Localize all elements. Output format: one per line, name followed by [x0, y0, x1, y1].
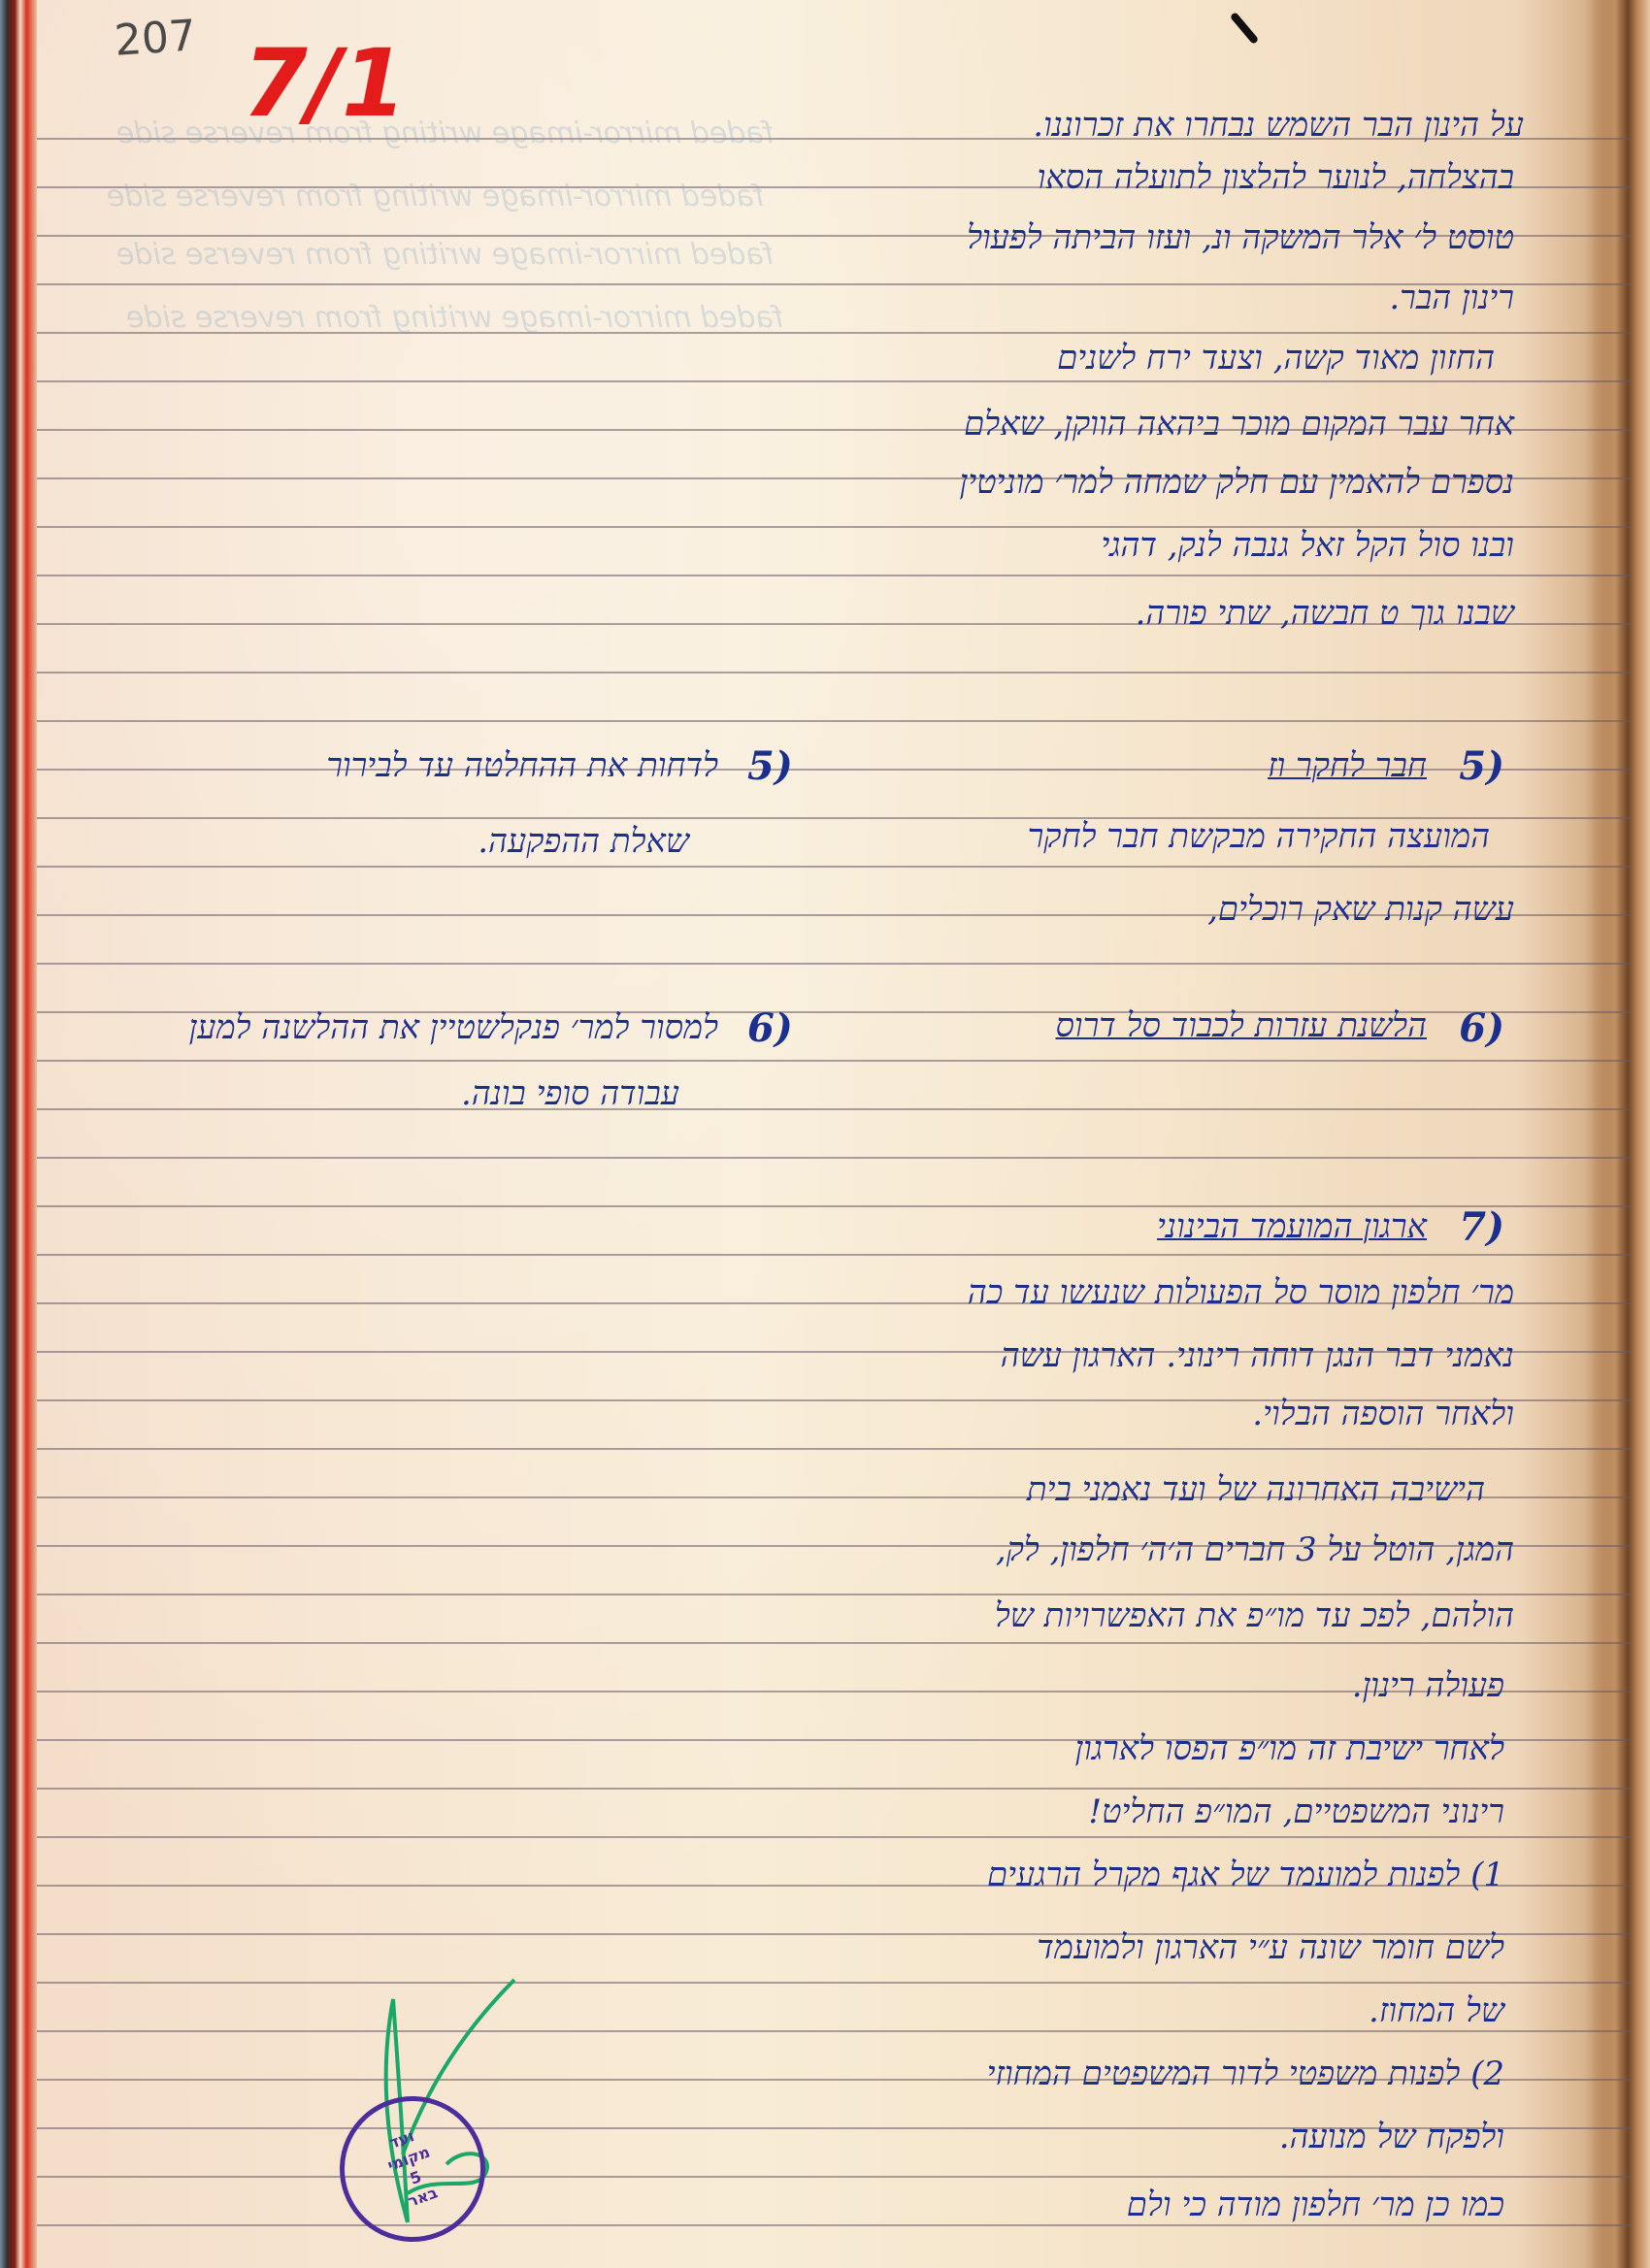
- handwritten-line: נאמני דבר הנגן דוחה רינוני. הארגון עשה: [1001, 1339, 1514, 1372]
- handwritten-line: רינון הבר.: [1389, 281, 1514, 314]
- handwritten-line: הולהם, לפכ עד מו״פ את האפשרויות של: [995, 1599, 1514, 1632]
- ruled-line: [37, 720, 1631, 722]
- handwritten-line: שבנו גוך ט חבשה, שתי פורה.: [1136, 597, 1514, 630]
- handwritten-line: כמו כן מר׳ חלפון מודה כי ולם: [1127, 2188, 1504, 2221]
- ruled-line: [37, 1060, 1631, 1062]
- ruled-line: [37, 1448, 1631, 1450]
- item-number: 7): [1459, 1208, 1504, 1247]
- ruled-line: [37, 2176, 1631, 2178]
- handwritten-line: בהצלחה, לנוער להלצון לתועלה הסאו: [1038, 161, 1514, 194]
- handwritten-line: פעולה רינון.: [1352, 1669, 1504, 1702]
- ruled-line: [37, 575, 1631, 576]
- bleed-through-text: faded mirror-image writing from reverse …: [116, 116, 774, 150]
- item-heading: הלשנת עזרות לכבוד סל דרוס: [1056, 1009, 1427, 1042]
- handwritten-line: טוסט ל׳ אלר המשקה ונ, ועזו הביתה לפעול: [967, 221, 1514, 254]
- ruled-line: [37, 2224, 1631, 2226]
- ruled-line: [37, 1836, 1631, 1838]
- bleed-through-text: faded mirror-image writing from reverse …: [107, 180, 764, 214]
- pencil-page-number: 207: [113, 11, 197, 66]
- handwritten-line: לשם חומר שונה ע״י הארגון ולמועמד: [1037, 1931, 1504, 1964]
- handwritten-line: עשה קנות שאק רוכלים,: [1207, 893, 1514, 926]
- ruled-line: [37, 866, 1631, 868]
- red-folio-mark: 7/1: [243, 29, 407, 138]
- handwritten-line: לדחות את ההחלטה עד לבירור: [326, 749, 718, 782]
- handwritten-line: ולאחר הוספה הבלוי.: [1252, 1397, 1514, 1430]
- handwritten-line: של המחוז.: [1369, 1994, 1504, 2027]
- ink-stroke-mark: [1230, 12, 1260, 45]
- ruled-line: [37, 1108, 1631, 1110]
- bleed-through-text: faded mirror-image writing from reverse …: [116, 238, 774, 272]
- item-number: 5): [1459, 747, 1504, 786]
- notebook-page: faded mirror-image writing from reverse …: [0, 0, 1650, 2268]
- stamp-text: באר: [406, 2183, 441, 2212]
- ruled-line: [37, 1642, 1631, 1644]
- ruled-line: [37, 963, 1631, 965]
- handwritten-line: הישיבה האחרונה של ועד נאמני בית: [1027, 1473, 1485, 1506]
- decision-number: 6): [747, 1009, 793, 1048]
- ruled-line: [37, 1157, 1631, 1159]
- ruled-line: [37, 1788, 1631, 1790]
- ruled-line: [37, 672, 1631, 674]
- handwritten-line: 2) לפנות משפטי לדור המשפטים המחוזי: [987, 2057, 1504, 2090]
- right-spine-shadow: [1592, 0, 1650, 2268]
- handwritten-line: על הינון הבר השמש נבחרו את זכרוננו.: [1033, 109, 1524, 142]
- handwritten-line: ולפקח של מנועה.: [1279, 2120, 1504, 2153]
- ruled-line: [37, 1982, 1631, 1984]
- handwritten-line: למסור למר׳ פנקלשטיין את ההלשנה למען: [189, 1011, 718, 1044]
- handwritten-line: רינוני המשפטיים, המו״פ החליט!: [1088, 1795, 1504, 1828]
- handwritten-line: המגן, הוטל על 3 חברים ה׳ה׳ חלפון, לק,: [996, 1533, 1514, 1566]
- handwritten-line: ובנו סול הקל זאל גנבה לנק, דהגי: [1101, 529, 1514, 562]
- ruled-line: [37, 2030, 1631, 2032]
- handwritten-line: עבודה סופי בונה.: [461, 1077, 679, 1110]
- handwritten-line: נספרם להאמין עם חלק שמחה למר׳ מוניטין: [960, 466, 1514, 499]
- handwritten-line: מר׳ חלפון מוסר סל הפעולות שנעשו עד כה: [968, 1276, 1514, 1309]
- item-heading: חבר לחקר וז: [1268, 749, 1427, 782]
- handwritten-line: המועצה החקירה מבקשת חבר לחקר: [1028, 820, 1490, 853]
- ruled-line: [37, 1594, 1631, 1595]
- item-heading: ארגון המועמד הבינוני: [1157, 1210, 1427, 1243]
- ruled-line: [37, 1254, 1631, 1256]
- handwritten-line: 1) לפנות למועמד של אגף מקרל הרגעים: [987, 1858, 1504, 1891]
- decision-number: 5): [747, 747, 793, 786]
- handwritten-line: לאחר ישיבת זה מו״פ הפסו לארגון: [1074, 1732, 1504, 1765]
- left-binding-edge: [0, 0, 37, 2268]
- handwritten-line: החזון מאוד קשה, וצעד ירח לשנים: [1057, 342, 1495, 375]
- ruled-line: [37, 380, 1631, 382]
- handwritten-line: שאלת ההפקעה.: [478, 825, 689, 858]
- handwritten-line: אחר עבר המקום מוכר ביהאה הווקן, שאלם: [964, 408, 1514, 441]
- item-number: 6): [1459, 1009, 1504, 1048]
- bleed-through-text: faded mirror-image writing from reverse …: [126, 301, 783, 335]
